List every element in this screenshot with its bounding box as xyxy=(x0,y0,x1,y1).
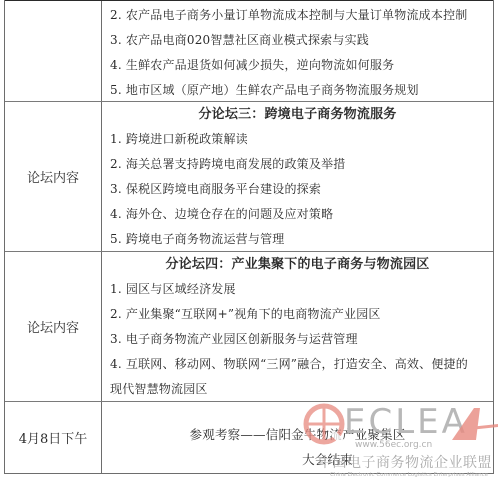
list-item: 3. 保税区跨境电商服务平台建设的探索 xyxy=(110,177,493,202)
row-content: 分论坛四：产业集聚下的电子商务与物流园区 1. 园区与区域经济发展 2. 产业集… xyxy=(102,252,493,401)
row-label xyxy=(5,1,102,101)
row-content: 2. 农产品电子商务小量订单物流成本控制与大量订单物流成本控制 3. 农产品电商… xyxy=(102,1,493,101)
table-row: 4月8日下午 参观考察——信阳金牛物流产业聚集区 大会结束 xyxy=(5,401,493,473)
list-item: 1. 园区与区域经济发展 xyxy=(110,277,493,302)
section-heading: 分论坛四：产业集聚下的电子商务与物流园区 xyxy=(110,252,493,277)
list-item: 4. 海外仓、边境仓存在的问题及应对策略 xyxy=(110,202,493,227)
table-row: 2. 农产品电子商务小量订单物流成本控制与大量订单物流成本控制 3. 农产品电商… xyxy=(5,0,493,101)
schedule-table: 2. 农产品电子商务小量订单物流成本控制与大量订单物流成本控制 3. 农产品电商… xyxy=(4,0,494,474)
list-item: 大会结束 xyxy=(110,447,493,472)
list-item: 2. 农产品电子商务小量订单物流成本控制与大量订单物流成本控制 xyxy=(110,3,493,28)
table-row: 论坛内容 分论坛三：跨境电子商务物流服务 1. 跨境进口新税政策解读 2. 海关… xyxy=(5,101,493,251)
list-item: 2. 海关总署支持跨境电商发展的政策及举措 xyxy=(110,152,493,177)
list-item: 2. 产业集聚“互联网+”视角下的电商物流产业园区 xyxy=(110,302,493,327)
row-label: 论坛内容 xyxy=(5,252,102,401)
list-item: 1. 跨境进口新税政策解读 xyxy=(110,127,493,152)
list-item: 3. 电子商务物流产业园区创新服务与运营管理 xyxy=(110,327,493,352)
list-item: 现代智慧物流园区 xyxy=(110,377,493,402)
row-content: 分论坛三：跨境电子商务物流服务 1. 跨境进口新税政策解读 2. 海关总署支持跨… xyxy=(102,102,493,251)
table-row: 论坛内容 分论坛四：产业集聚下的电子商务与物流园区 1. 园区与区域经济发展 2… xyxy=(5,251,493,401)
list-item: 4. 互联网、移动网、物联网“三网”融合，打造安全、高效、便捷的 xyxy=(110,352,493,377)
list-item: 参观考察——信阳金牛物流产业聚集区 xyxy=(110,422,493,447)
row-label: 论坛内容 xyxy=(5,102,102,251)
list-item: 4. 生鲜农产品退货如何减少损失，逆向物流如何服务 xyxy=(110,53,493,78)
list-item: 5. 跨境电子商务物流运营与管理 xyxy=(110,227,493,252)
row-label: 4月8日下午 xyxy=(5,402,102,473)
row-content: 参观考察——信阳金牛物流产业聚集区 大会结束 xyxy=(102,402,493,473)
list-item: 5. 地市区域（原产地）生鲜农产品电子商务物流服务规划 xyxy=(110,78,493,103)
list-item: 3. 农产品电商020智慧社区商业模式探索与实践 xyxy=(110,28,493,53)
section-heading: 分论坛三：跨境电子商务物流服务 xyxy=(110,102,493,127)
